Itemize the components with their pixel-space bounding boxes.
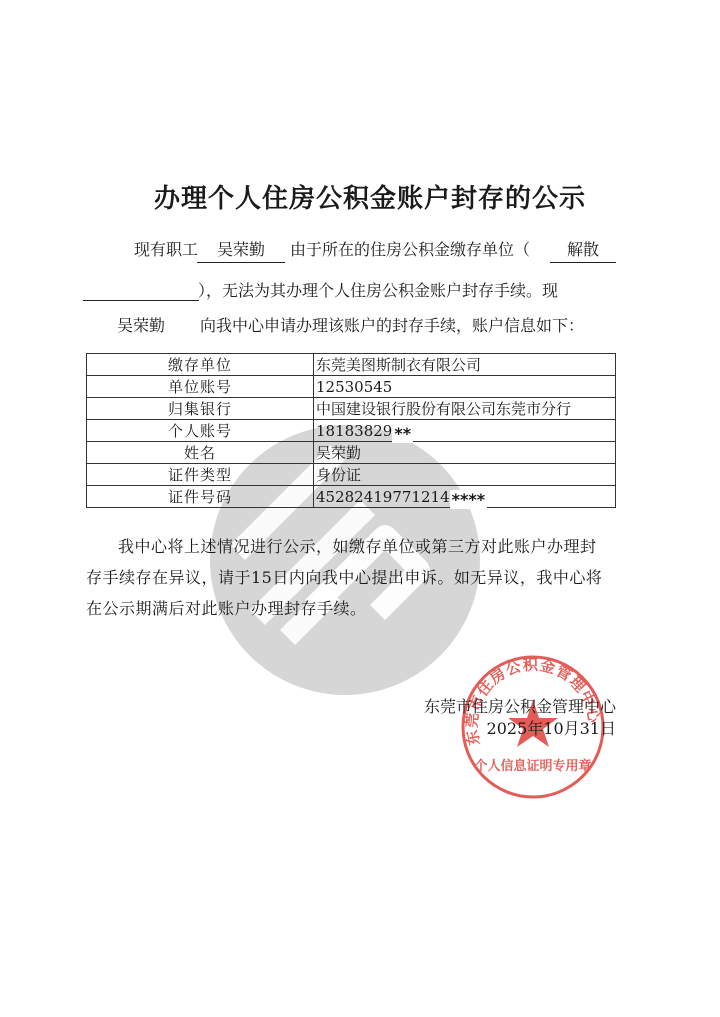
row-value: 吴荣勤 xyxy=(314,442,616,464)
id-type-value: 身份证 xyxy=(316,466,361,484)
document-page: 办理个人住房公积金账户封存的公示 现有职工 吴荣勤 由于所在的住房公积金缴存单位… xyxy=(0,0,720,1017)
table-row: 个人账号 18183829** xyxy=(87,420,616,442)
seal-bottom-text: 个人信息证明专用章 xyxy=(474,758,591,774)
row-label: 证件类型 xyxy=(87,464,314,486)
issue-date: 2025年10月31日 xyxy=(487,719,616,739)
name-value: 吴荣勤 xyxy=(316,444,361,462)
table-row: 证件类型 身份证 xyxy=(87,464,616,486)
table-row: 归集银行 中国建设银行股份有限公司东莞市分行 xyxy=(87,398,616,420)
row-label: 归集银行 xyxy=(87,398,314,420)
table-row: 单位账号 12530545 xyxy=(87,376,616,398)
personal-account-value: 18183829 xyxy=(316,422,392,440)
reason-field-continuation xyxy=(83,282,199,301)
applicant-name-field: 吴荣勤 xyxy=(83,316,199,336)
notice-line-1: 我中心将上述情况进行公示，如缴存单位或第三方对此账户办理封 xyxy=(86,532,626,562)
row-value: 中国建设银行股份有限公司东莞市分行 xyxy=(314,398,616,420)
intro-prefix: 现有职工 xyxy=(134,240,198,260)
account-info-table: 缴存单位 东莞美图斯制衣有限公司 单位账号 12530545 归集银行 中国建设… xyxy=(86,353,616,508)
row-label: 个人账号 xyxy=(87,420,314,442)
row-label: 证件号码 xyxy=(87,486,314,508)
intro-middle: 由于所在的住房公积金缴存单位（ xyxy=(290,240,530,260)
row-value: 东莞美图斯制衣有限公司 xyxy=(314,354,616,376)
intro-line2: ），无法为其办理个人住房公积金账户封存手续。现 xyxy=(198,281,558,301)
unit-name-value: 东莞美图斯制衣有限公司 xyxy=(316,356,481,374)
row-label: 单位账号 xyxy=(87,376,314,398)
notice-line-3: 在公示期满后对此账户办理封存手续。 xyxy=(86,594,626,624)
table-row: 姓名 吴荣勤 xyxy=(87,442,616,464)
row-label: 缴存单位 xyxy=(87,354,314,376)
row-value: 身份证 xyxy=(314,464,616,486)
row-value: 18183829** xyxy=(314,420,616,442)
unit-account-value: 12530545 xyxy=(316,378,392,396)
page-title: 办理个人住房公积金账户封存的公示 xyxy=(0,178,720,215)
intro-line3: 向我中心申请办理该账户的封存手续，账户信息如下： xyxy=(200,316,584,336)
row-value: 12530545 xyxy=(314,376,616,398)
table-row: 缴存单位 东莞美图斯制衣有限公司 xyxy=(87,354,616,376)
row-label: 姓名 xyxy=(87,442,314,464)
row-value: 45282419771214**** xyxy=(314,486,616,508)
employee-name-field: 吴荣勤 xyxy=(197,240,285,263)
id-number-value: 45282419771214 xyxy=(316,488,450,506)
redaction-mask: ** xyxy=(392,424,413,443)
reason-field: 解散 xyxy=(550,240,616,263)
issuing-organization: 东莞市住房公积金管理中心 xyxy=(424,697,616,717)
table-row: 证件号码 45282419771214**** xyxy=(87,486,616,508)
redaction-mask: **** xyxy=(450,490,487,509)
notice-line-2: 存手续存在异议，请于15日内向我中心提出申诉。如无异议，我中心将 xyxy=(86,563,626,593)
bank-value: 中国建设银行股份有限公司东莞市分行 xyxy=(316,400,571,418)
